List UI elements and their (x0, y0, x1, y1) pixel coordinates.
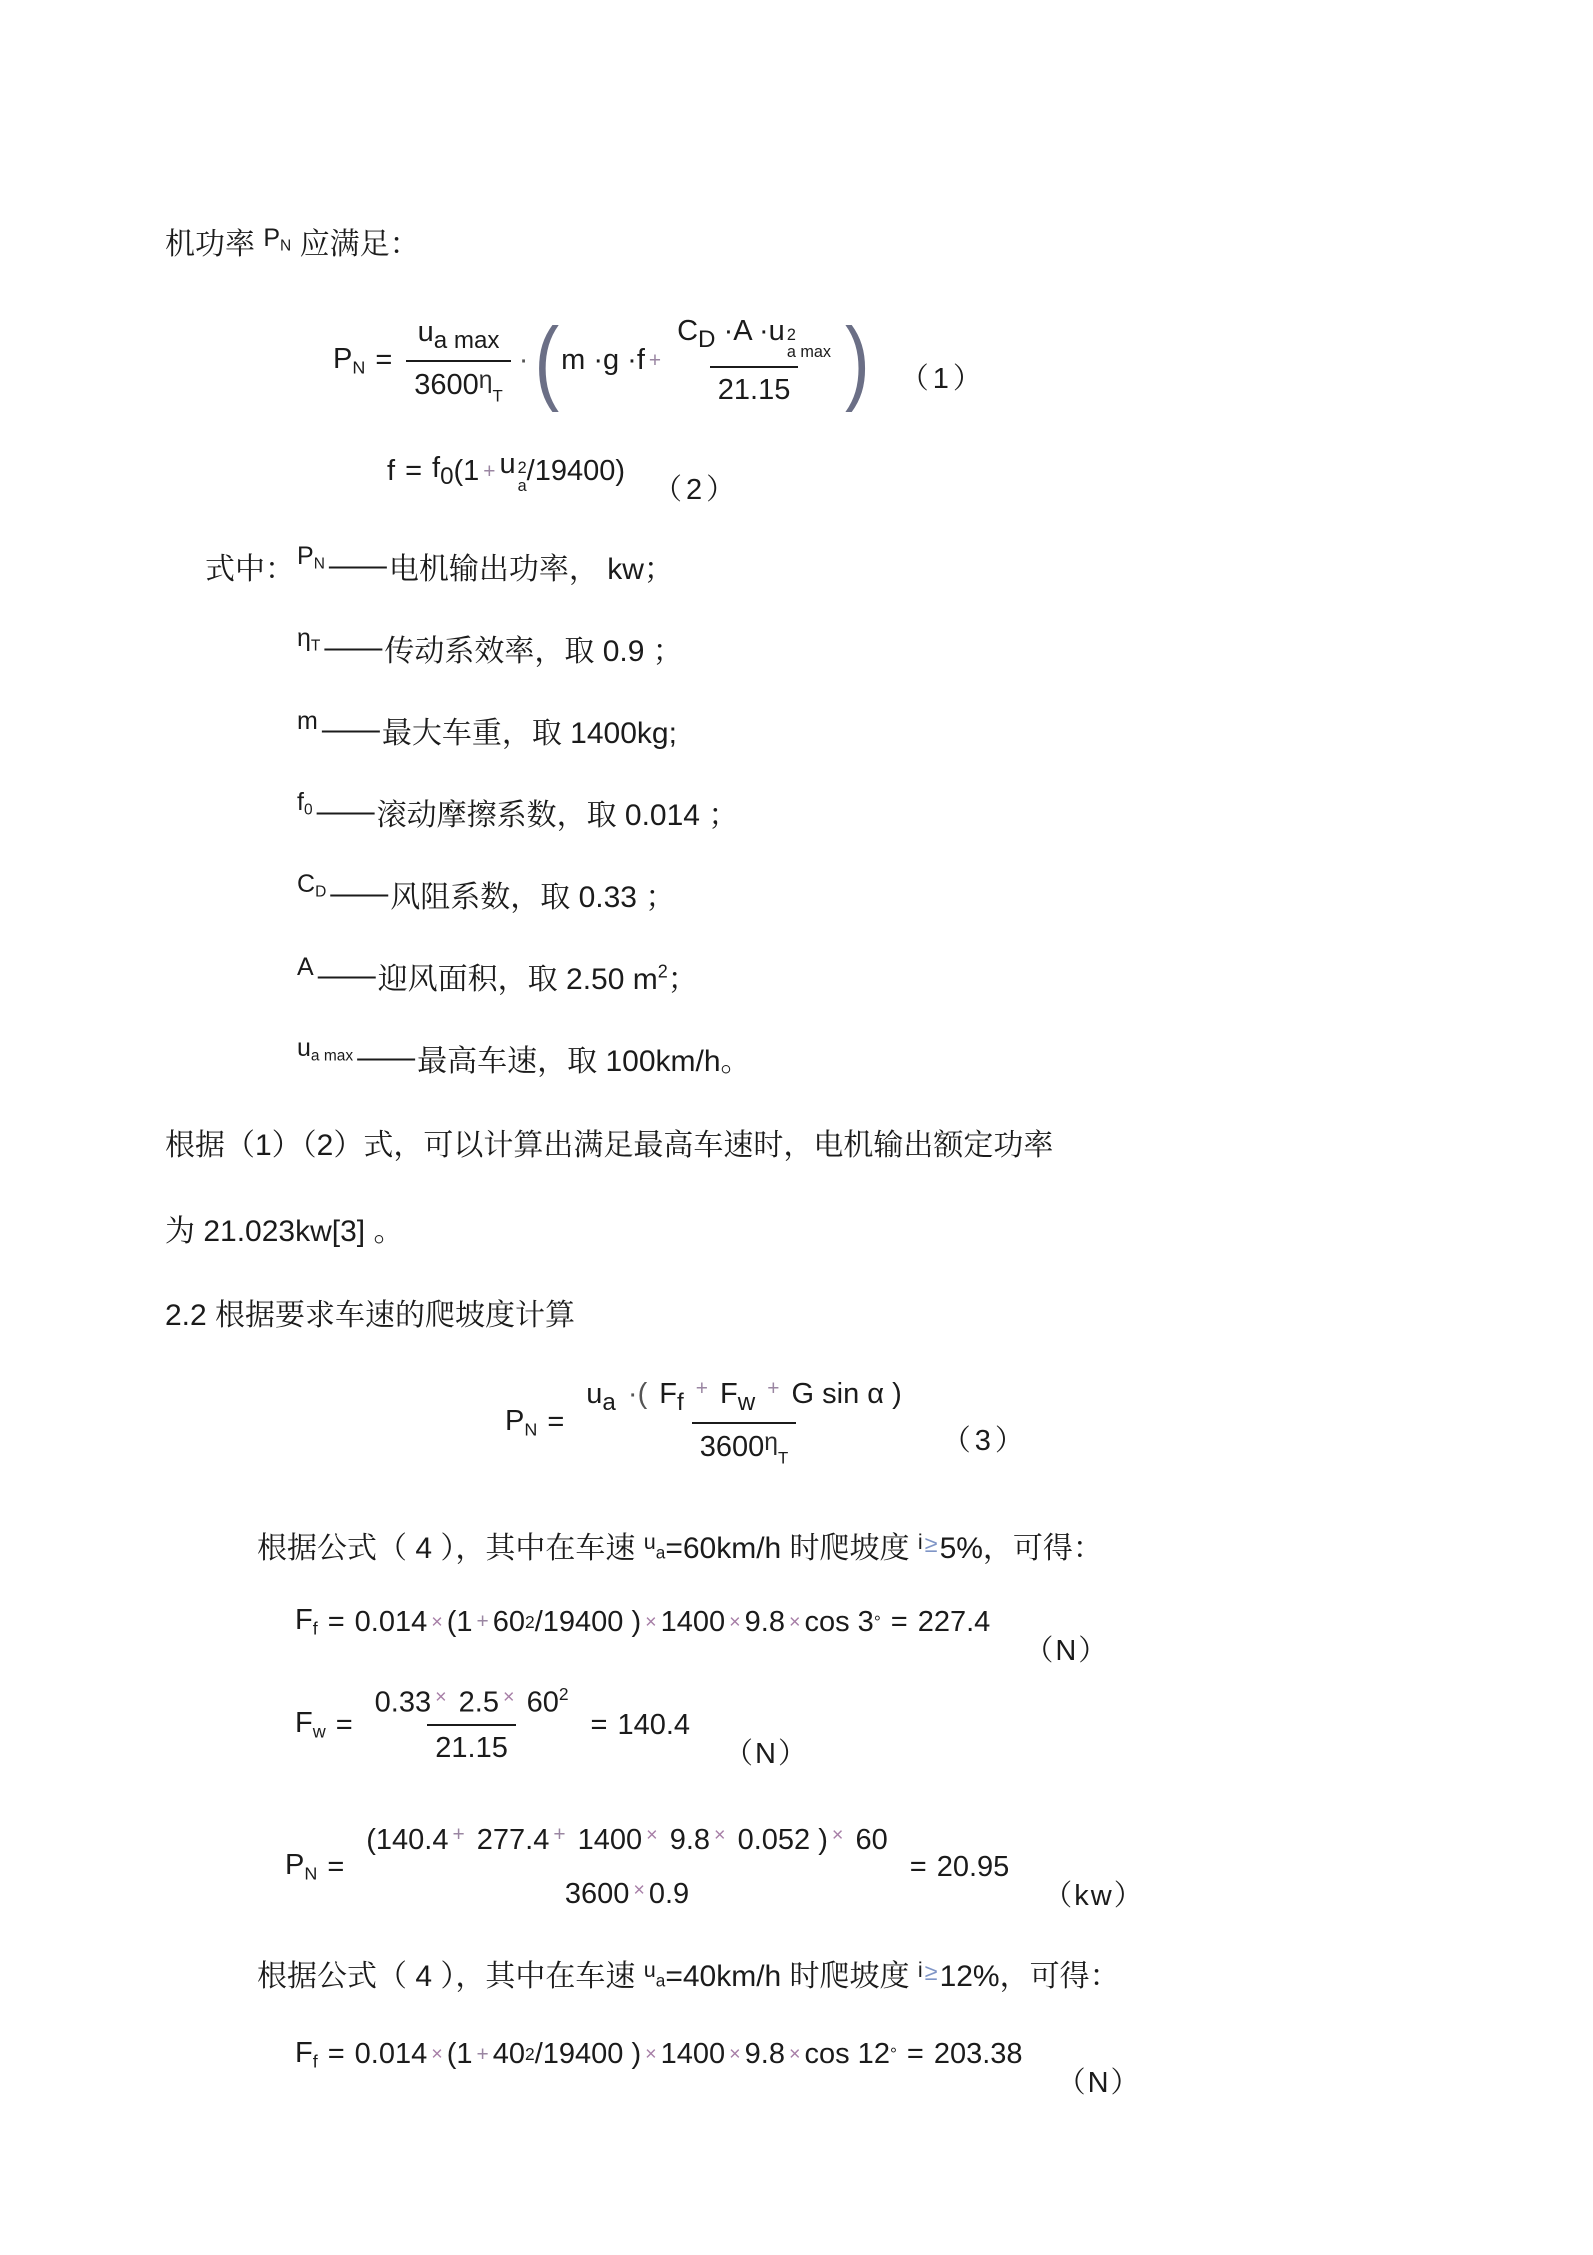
equals-sign: = (365, 344, 402, 377)
em-dash: —— (324, 631, 380, 665)
greater-equal-sign: ≥ (923, 1531, 940, 1557)
definition-text: 最大车重，取 1400kg; (382, 708, 677, 752)
times-operator: × (785, 2043, 805, 2066)
ff-calculation-40: Ff = 0.014× (1+ 402 /19400 )× 1400× 9.8×… (295, 2024, 1493, 2086)
eta-symbol: ηT (297, 624, 320, 656)
intro-line: 机功率 PN 应满足： (165, 218, 1493, 267)
definition-m: m —— 最大车重，取 1400kg; (165, 689, 1493, 771)
fw-symbol: Fw (295, 1707, 326, 1742)
paragraph-conclusion-line1: 根据（1）（2）式，可以计算出满足最高车速时，电机输出额定功率 (165, 1125, 1493, 1167)
times-operator: × (642, 1824, 662, 1846)
plus-operator: + (645, 349, 665, 373)
numerator: ua ·( Ff + Fw + G sin α ) (578, 1376, 910, 1422)
denominator: 21.15 (427, 1724, 516, 1766)
degree-sign: ° (874, 1612, 881, 1633)
var-pn: PN (263, 218, 291, 267)
pn-symbol: PN (297, 542, 325, 574)
fraction-air-drag: 0.33× 2.5× 602 21.15 (367, 1684, 577, 1767)
ua-symbol: ua (644, 1957, 666, 1982)
section-heading-2-2: 2.2 根据要求车速的爬坡度计算 (165, 1295, 1493, 1337)
equation-number-3: （3） (942, 1418, 1028, 1459)
definition-pn: 式中： PN —— 电机输出功率， kw； (165, 525, 1493, 607)
document-page: 机功率 PN 应满足： PN = ua max 3600ηT · ( m ·g … (0, 0, 1593, 2255)
numerator: ua max (410, 314, 508, 360)
em-dash: —— (329, 549, 385, 583)
ff-calculation-60: Ff = 0.014× (1+ 602 /19400 )× 1400× 9.8×… (295, 1591, 1493, 1653)
fraction-rated-power: (140.4+ 277.4+ 1400× 9.8× 0.052 )× 60 36… (358, 1822, 895, 1913)
times-operator: × (431, 1686, 451, 1708)
plus-operator: + (449, 1823, 469, 1846)
times-operator: × (427, 1611, 447, 1634)
uamax-symbol: ua max (297, 1034, 353, 1066)
definition-f0: f0 —— 滚动摩擦系数，取 0.014 ； (165, 771, 1493, 853)
intro-prefix: 机功率 (165, 228, 255, 261)
a-symbol: A (297, 953, 314, 982)
fraction-resistance-power: ua ·( Ff + Fw + G sin α ) 3600ηT (578, 1376, 910, 1469)
mgf-term: m ·g ·f (561, 344, 645, 377)
i-symbol: i (918, 1529, 923, 1554)
numerator: CD ·A ·u2a max (669, 313, 839, 367)
f0-symbol: f0 (432, 452, 454, 491)
equals-sign: = (395, 455, 432, 488)
plus-operator: + (692, 1377, 712, 1400)
equals-sign: = (537, 1406, 574, 1439)
times-operator: × (785, 1611, 805, 1634)
paragraph-conclusion-line2: 为 21.023kw[3] 。 (165, 1211, 1493, 1253)
em-dash: —— (318, 959, 374, 993)
times-operator: × (641, 2043, 661, 2066)
definition-uamax: ua max —— 最高车速，取 100km/h。 (165, 1017, 1493, 1099)
formula-2: f = f0 (1 + u2a /19400) （2） (387, 433, 1493, 511)
pn-symbol: PN (333, 343, 365, 378)
definition-text: 迎风面积，取 2.50 m2； (378, 954, 698, 998)
m-symbol: m (297, 707, 318, 736)
plus-operator: + (763, 1377, 783, 1400)
definition-text: 最高车速，取 100km/h。 (417, 1036, 750, 1080)
definitions-list: 式中： PN —— 电机输出功率， kw； ηT —— 传动系效率，取 0.9 … (165, 525, 1493, 1099)
fraction-cda-over-2115: CD ·A ·u2a max 21.15 (669, 313, 839, 409)
denominator: 3600ηT (406, 360, 511, 407)
em-dash: —— (357, 1041, 413, 1075)
degree-sign: ° (890, 2044, 897, 2065)
formula-3: PN = ua ·( Ff + Fw + G sin α ) 3600ηT （3… (505, 1367, 1493, 1479)
denominator: 3600×0.9 (557, 1862, 697, 1912)
close-paren: ) (845, 314, 870, 407)
times-operator: × (725, 1611, 745, 1634)
unit-kw: （kw） (1043, 1873, 1144, 1914)
definition-text: 滚动摩擦系数，取 0.014 ； (377, 790, 739, 834)
em-dash: —— (322, 713, 378, 747)
numerator: 0.33× 2.5× 602 (367, 1684, 577, 1725)
plus-operator: + (473, 2043, 493, 2067)
f0-symbol: f0 (297, 788, 313, 820)
f-symbol: f (387, 455, 395, 488)
plus-operator: + (549, 1823, 569, 1846)
definition-text: 电机输出功率， kw； (389, 544, 674, 588)
fraction-uamax-over-3600: ua max 3600ηT (406, 314, 511, 407)
times-operator: × (499, 1686, 519, 1708)
definition-a: A —— 迎风面积，取 2.50 m2； (165, 935, 1493, 1017)
paragraph-40kmh: 根据公式（ 4 ），其中在车速 ua=40km/h 时爬坡度 i≥12%，可得： (165, 1949, 1493, 2002)
shizhong-label: 式中： (205, 544, 295, 588)
tail-term: /19400) (527, 455, 625, 488)
pn-calculation-60: PN = (140.4+ 277.4+ 1400× 9.8× 0.052 )× … (285, 1815, 1493, 1919)
ff-symbol: Ff (295, 2037, 318, 2072)
equation-number-2: （2） (653, 467, 739, 508)
em-dash: —— (317, 795, 373, 829)
unit-newton: （N） (1057, 2060, 1142, 2101)
definition-cd: CD —— 风阻系数，取 0.33 ； (165, 853, 1493, 935)
definition-text: 风阻系数，取 0.33 ； (390, 872, 675, 916)
denominator: 21.15 (710, 366, 799, 408)
times-operator: × (828, 1824, 848, 1846)
em-dash: —— (330, 877, 386, 911)
denominator: 3600ηT (692, 1422, 797, 1469)
multiply-dot: · (515, 344, 533, 377)
paragraph-60kmh: 根据公式（ 4 ），其中在车速 ua=60km/h 时爬坡度 i≥5%，可得： (165, 1521, 1493, 1574)
cd-symbol: CD (297, 870, 326, 902)
times-operator: × (427, 2043, 447, 2066)
plus-operator: + (473, 1610, 493, 1634)
plus-operator: + (479, 460, 499, 484)
ff-symbol: Ff (295, 1604, 318, 1639)
ua-squared: u2a (500, 448, 527, 496)
ua-symbol: ua (644, 1529, 666, 1554)
numerator: (140.4+ 277.4+ 1400× 9.8× 0.052 )× 60 (358, 1822, 895, 1862)
times-operator: × (641, 1611, 661, 1634)
open-paren: ( (534, 314, 559, 407)
definition-eta: ηT —— 传动系效率，取 0.9 ； (165, 607, 1493, 689)
pn-symbol: PN (505, 1405, 537, 1440)
greater-equal-sign: ≥ (923, 1959, 940, 1985)
i-symbol: i (918, 1957, 923, 1982)
fw-calculation-60: Fw = 0.33× 2.5× 602 21.15 = 140.4 （N） (295, 1673, 1493, 1777)
open-term: (1 (454, 455, 480, 488)
unit-newton: （N） (1024, 1628, 1109, 1669)
unit-newton: （N） (724, 1731, 809, 1772)
u-sup-sub-stack: 2a max (787, 327, 831, 363)
times-operator: × (710, 1824, 730, 1846)
times-operator: × (629, 1879, 649, 1901)
equation-number-1: （1） (900, 356, 986, 397)
formula-1: PN = ua max 3600ηT · ( m ·g ·f + CD ·A ·… (333, 313, 1493, 409)
intro-suffix: 应满足： (300, 228, 420, 261)
pn-symbol: PN (285, 1849, 317, 1884)
definition-text: 传动系效率，取 0.9 ； (384, 626, 682, 670)
times-operator: × (725, 2043, 745, 2066)
